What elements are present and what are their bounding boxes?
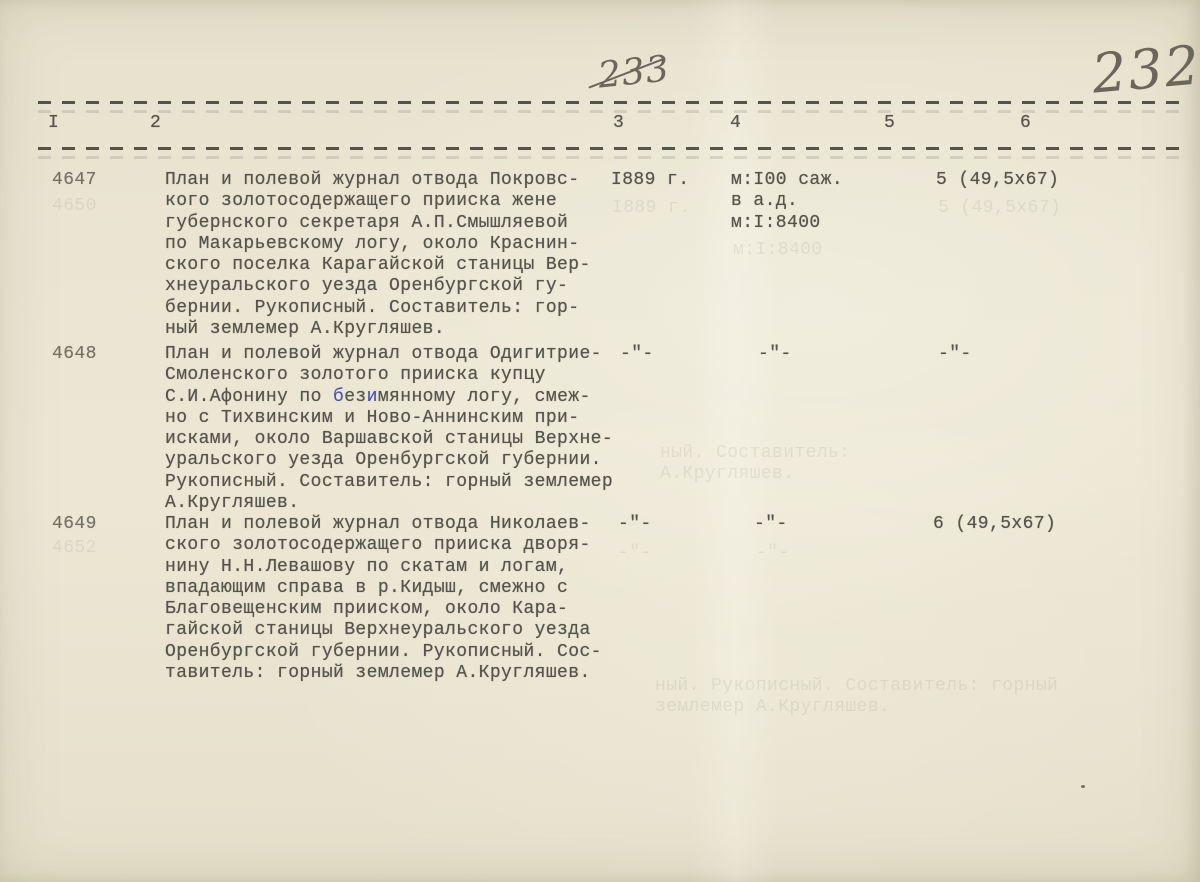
header-rule-top [38, 101, 1180, 104]
bleed-through-text: -"- [756, 543, 790, 564]
entry-scale-ditto: -"- [754, 514, 788, 535]
column-header-4: 4 [730, 113, 741, 134]
entry-date: I889 г. [611, 170, 689, 191]
old-page-number-crossed-out: 233 [596, 48, 672, 96]
entry-number: 4647 [52, 170, 97, 191]
column-header-1: I [48, 113, 59, 134]
header-rule-top-echo [38, 110, 1180, 113]
paper-speck [1081, 785, 1085, 788]
bleed-through-text: 5 (49,5x67) [938, 198, 1061, 219]
blue-ink-letter-b: б [333, 387, 344, 407]
bleed-through-text: 4652 [52, 538, 97, 559]
entry-number: 4648 [52, 344, 97, 365]
header-rule-bottom-echo [38, 156, 1180, 159]
entry-scale: м:I00 саж. в а.д. м:I:8400 [731, 170, 843, 234]
bleed-through-text: -"- [618, 543, 652, 564]
bleed-through-text: ный. Составитель: [660, 443, 850, 464]
entry-description-part2: но с Тихвинским и Ново-Аннинским при- ис… [165, 408, 645, 514]
corrected-line-pre: С.И.Афонину по [165, 387, 333, 407]
bleed-through-text: м:I:8400 [733, 240, 823, 261]
entry-count: 6 (49,5x67) [933, 514, 1056, 535]
entry-number: 4649 [52, 514, 97, 535]
blue-ink-letter-i: и [367, 387, 378, 407]
bleed-through-text: 4650 [52, 196, 97, 217]
page-number: 232 [1089, 33, 1200, 105]
column-header-2: 2 [150, 113, 161, 134]
column-header-3: 3 [613, 113, 624, 134]
bleed-through-text: ный. Рукописный. Составитель: горный [655, 676, 1058, 697]
entry-date-ditto: -"- [620, 344, 654, 365]
entry-date-ditto: -"- [618, 514, 652, 535]
bleed-through-text: А.Кругляшев. [660, 464, 794, 485]
bleed-through-text: I889 г. [612, 198, 690, 219]
corrected-line-post: мянному логу, смеж- [378, 387, 591, 407]
entry-count: 5 (49,5x67) [936, 170, 1059, 191]
entry-description: План и полевой журнал отвода Покровс- ко… [165, 170, 635, 340]
header-rule-bottom [38, 147, 1180, 150]
entry-description-part1: План и полевой журнал отвода Одигитрие- … [165, 344, 645, 387]
entry-description-corrected-line: С.И.Афонину по безимянному логу, смеж- [165, 387, 645, 408]
entry-description: План и полевой журнал отвода Николаев- с… [165, 514, 645, 684]
column-header-5: 5 [884, 113, 895, 134]
corrected-line-mid: ез [344, 387, 366, 407]
column-header-6: 6 [1020, 113, 1031, 134]
entry-count-ditto: -"- [938, 344, 972, 365]
scanned-archive-page: 233 232 I 2 3 4 5 6 4647 План и полевой … [0, 0, 1200, 882]
bleed-through-text: землемер А.Кругляшев. [655, 697, 890, 718]
entry-scale-ditto: -"- [758, 344, 792, 365]
